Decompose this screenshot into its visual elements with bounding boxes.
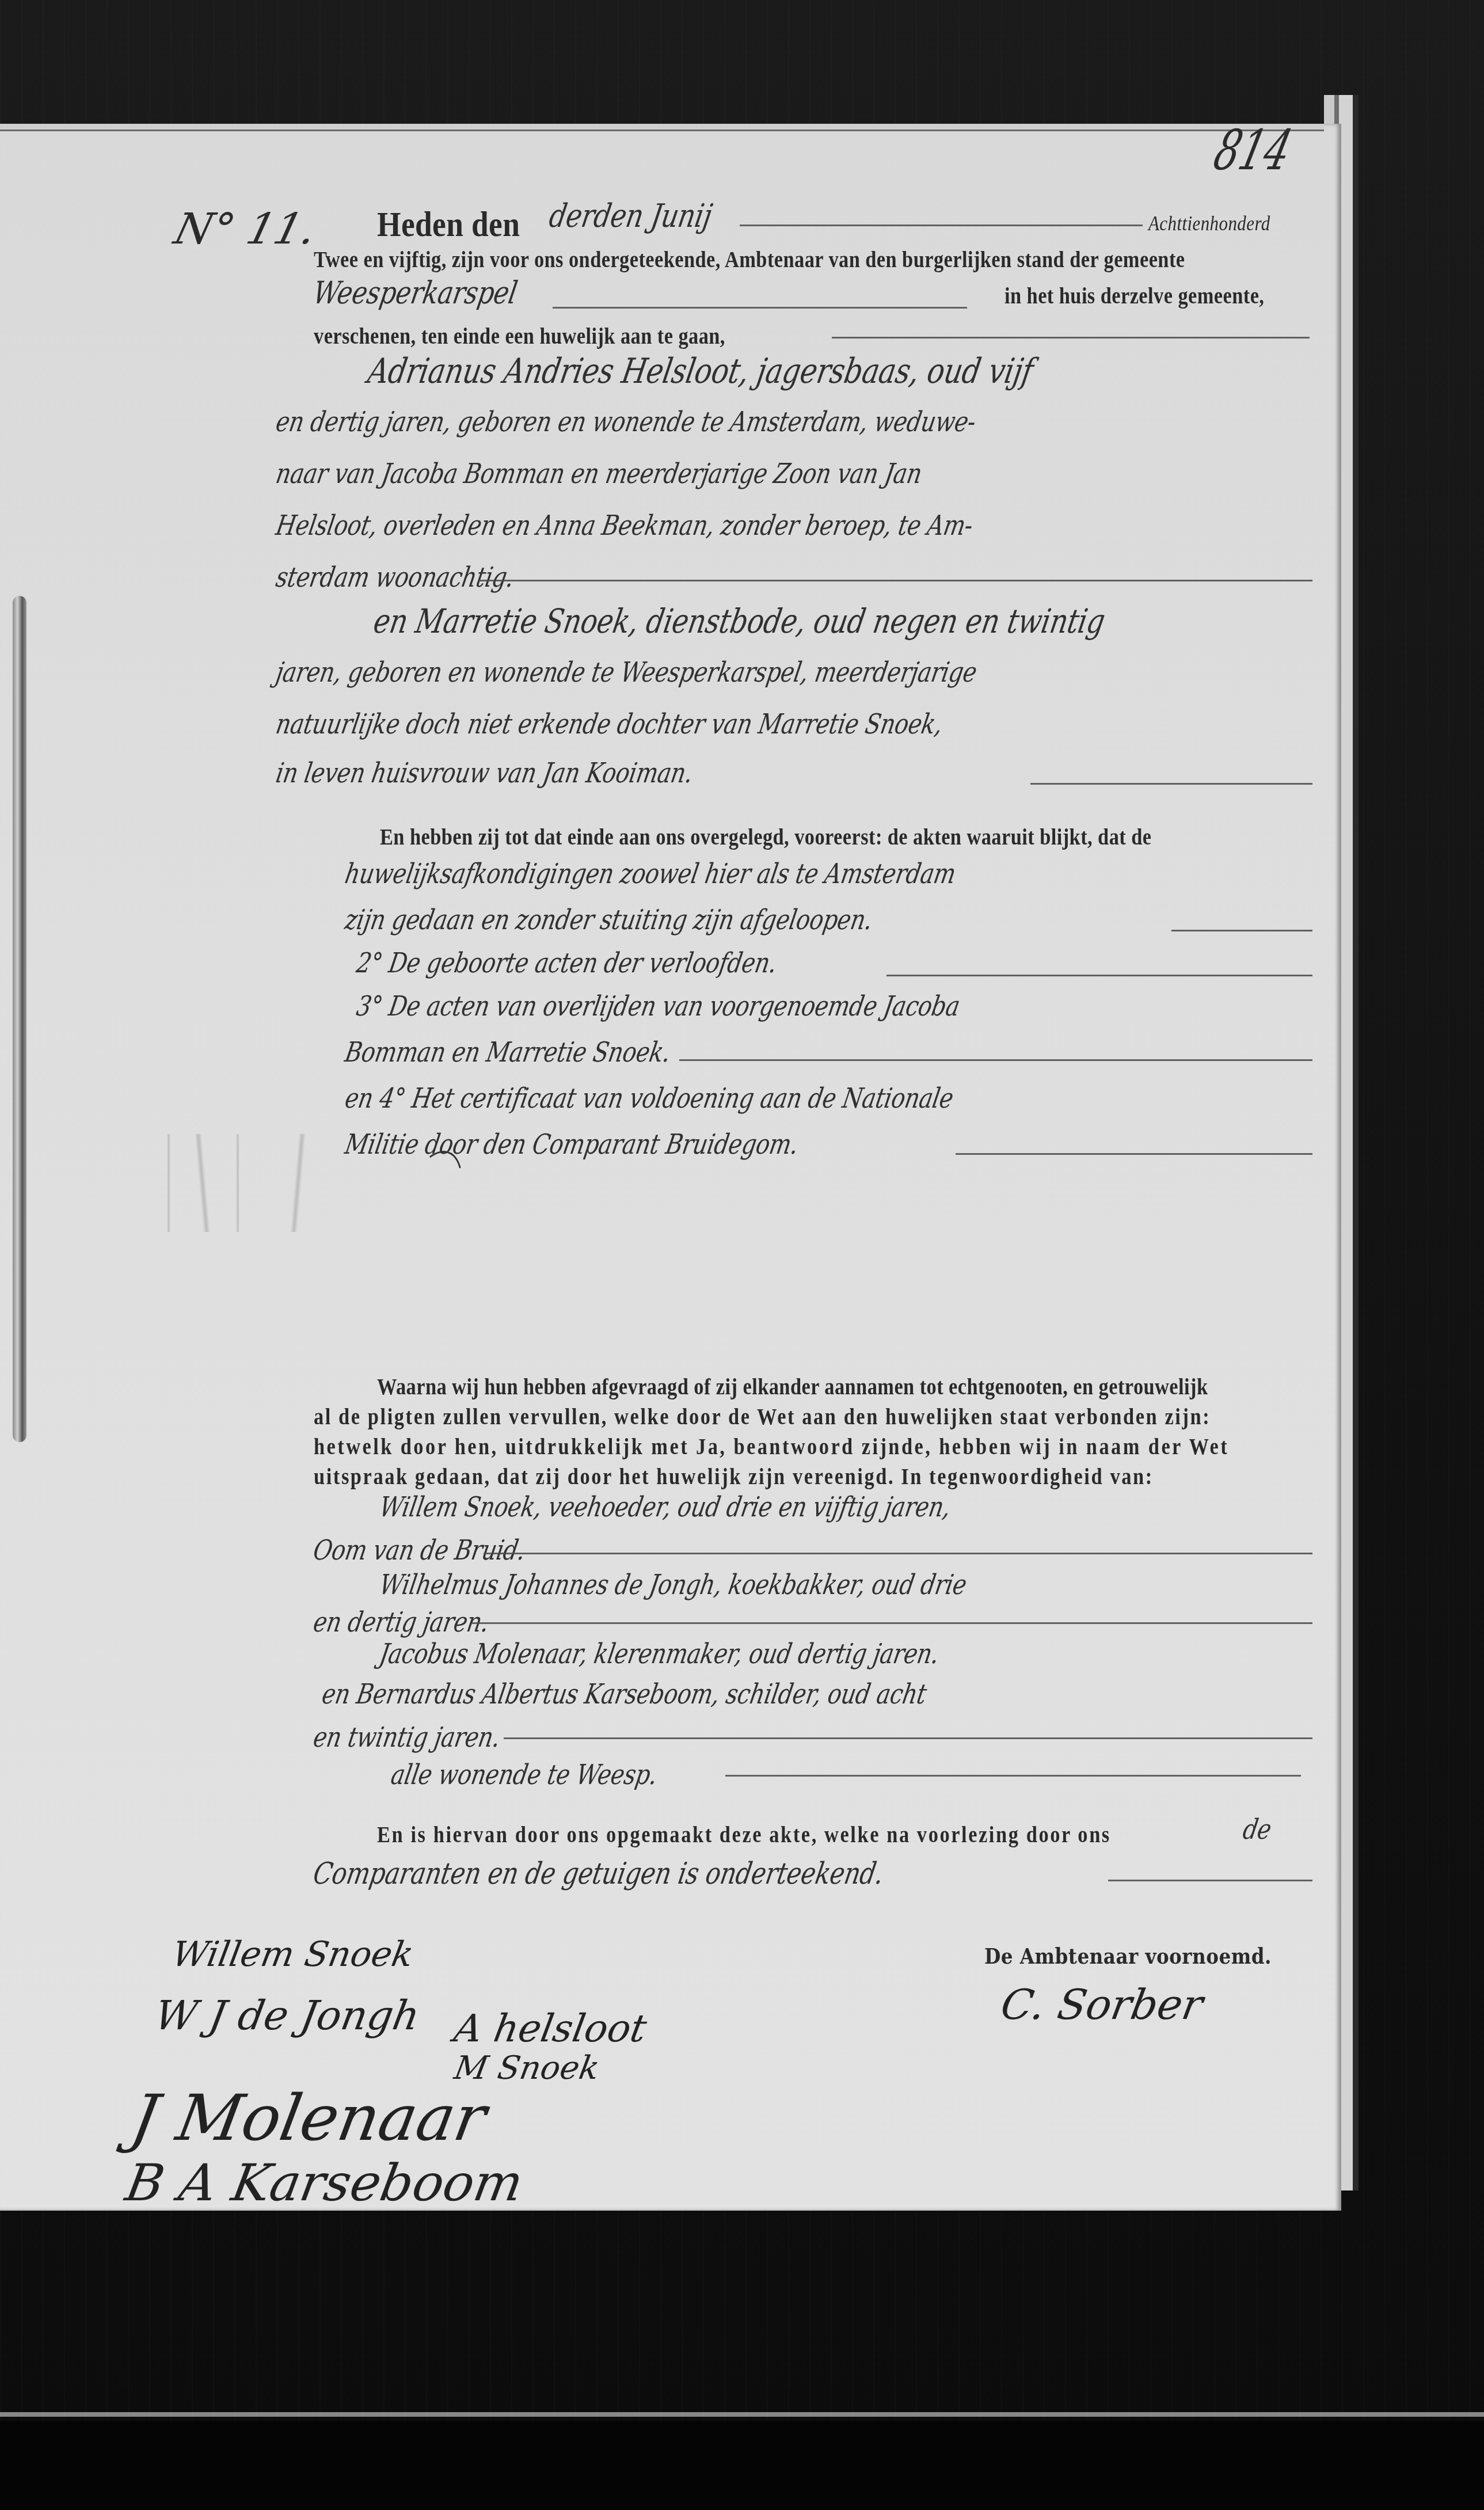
signature-witness-4: B A Karseboom (121, 2153, 528, 2212)
fill-line (478, 580, 1312, 581)
signature-official: C. Sorber (998, 1980, 1207, 2029)
bride-line-2: jaren, geboren en wonende te Weesperkars… (273, 656, 979, 689)
documents-line-4: 3° De acten van overlijden van voorgenoe… (354, 990, 962, 1022)
fill-line (679, 1059, 1312, 1061)
page-top-edge (0, 124, 1324, 131)
fill-line (1030, 783, 1312, 785)
witness-line-5: Jacobus Molenaar, klerenmaker, oud derti… (377, 1638, 941, 1670)
signature-witness-2: W J de Jongh (151, 1992, 424, 2039)
fill-line (725, 1775, 1301, 1777)
fill-line (740, 225, 1143, 226)
film-edge-band (0, 2421, 1484, 2510)
witness-line-3: Wilhelmus Johannes de Jongh, koekbakker,… (377, 1569, 969, 1601)
groom-line-3: naar van Jacoba Bomman en meerderjarige … (273, 458, 924, 490)
groom-line-2: en dertig jaren, geboren en wonende te A… (273, 406, 978, 438)
film-edge-line (0, 2412, 1484, 2417)
fill-line (504, 1737, 1312, 1739)
fill-line (886, 975, 1312, 976)
closing-hand-line: Comparanten en de getuigen is onderteeke… (311, 1857, 886, 1891)
header-line-4: verschenen, ten einde een huwelijk aan t… (314, 322, 725, 349)
closing-printed: En is hiervan door ons opgemaakt deze ak… (377, 1821, 1111, 1848)
vows-line-3: hetwelk door hen, uitdrukkelijk met Ja, … (314, 1433, 1229, 1460)
signature-witness-3: J Molenaar (126, 2081, 492, 2155)
witness-line-8: alle wonende te Weesp. (389, 1759, 660, 1791)
documents-line-7: Militie door den Comparant Bruidegom. (343, 1128, 801, 1161)
vows-line-1: Waarna wij hun hebben afgevraagd of zij … (377, 1373, 1208, 1400)
witness-line-4: en dertig jaren. (311, 1606, 491, 1638)
bride-line-1: en Marretie Snoek, dienstbode, oud negen… (371, 602, 1108, 641)
fill-line (553, 307, 967, 309)
binding-thread (13, 596, 26, 1442)
fill-line (1108, 1880, 1312, 1881)
documents-line-3: 2° De geboorte acten der verloofden. (354, 947, 779, 979)
date-handwritten: derden Junij (546, 197, 714, 235)
official-label: De Ambtenaar voornoemd. (984, 1943, 1272, 1969)
document-page: 814 N° 11. Heden den derden Junij Achtti… (0, 124, 1341, 2211)
header-line-3: in het huis derzelve gemeente, (1004, 282, 1264, 309)
year-prefix: Achttienhonderd (1148, 211, 1270, 235)
fill-line (956, 1153, 1312, 1155)
witness-line-7: en twintig jaren. (311, 1721, 503, 1754)
documents-line-6: en 4° Het certificaat van voldoening aan… (343, 1082, 956, 1115)
fill-line (1171, 930, 1312, 931)
documents-line-5: Bomman en Marretie Snoek. (343, 1036, 673, 1068)
groom-line-4: Helsloot, overleden en Anna Beekman, zon… (273, 509, 975, 542)
vows-line-2: al de pligten zullen vervullen, welke do… (314, 1403, 1211, 1430)
municipality-handwritten: Weesperkarspel (311, 275, 520, 311)
signature-witness-1: Willem Snoek (169, 1934, 417, 1975)
documents-line-1: huwelijksafkondigingen zoowel hier als t… (343, 858, 958, 890)
witness-line-6: en Bernardus Albertus Karseboom, schilde… (319, 1678, 929, 1710)
groom-line-5: sterdam woonachtig. (273, 561, 516, 594)
fill-line (484, 1553, 1312, 1554)
witness-line-2: Oom van de Bruid. (311, 1534, 528, 1566)
closing-hand-end: de (1241, 1813, 1273, 1846)
heden-den-label: Heden den (377, 205, 520, 244)
fill-line (472, 1622, 1312, 1624)
witness-line-1: Willem Snoek, veehoeder, oud drie en vij… (377, 1491, 953, 1523)
documents-line-2: zijn gedaan en zonder stuiting zijn afge… (343, 904, 875, 936)
signature-groom: A helsloot (451, 2006, 650, 2051)
documents-intro: En hebben zij tot dat einde aan ons over… (380, 823, 1151, 850)
bride-line-3: natuurlijke doch niet erkende dochter va… (273, 708, 945, 740)
folio-number: 814 (1208, 118, 1298, 182)
act-number: N° 11. (169, 204, 321, 254)
bride-line-4: in leven huisvrouw van Jan Kooiman. (273, 757, 695, 789)
groom-line-1: Adrianus Andries Helsloot, jagersbaas, o… (365, 351, 1036, 391)
fill-line (832, 337, 1310, 339)
vows-line-4: uitspraak gedaan, dat zij door het huwel… (314, 1463, 1154, 1490)
header-line-1: Heden den (377, 204, 520, 245)
header-line-2: Twee en vijftig, zijn voor ons ondergete… (314, 246, 1185, 273)
